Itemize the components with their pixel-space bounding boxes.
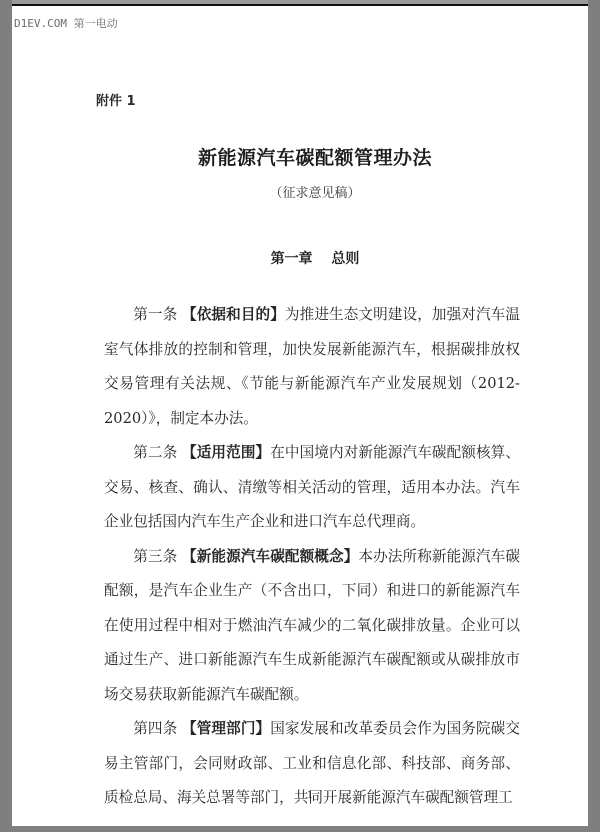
article-tag: 【新能源汽车碳配额概念】	[182, 548, 358, 565]
document-body: 第一条 【依据和目的】为推进生态文明建设，加强对汽车温室气体排放的控制和管理，加…	[104, 298, 520, 816]
page-number: 1	[12, 790, 588, 801]
article-number: 第三条	[133, 548, 177, 565]
article-tag: 【依据和目的】	[182, 306, 285, 323]
site-watermark: D1EV.COM 第一电动	[14, 15, 118, 31]
article-tag: 【适用范围】	[182, 444, 270, 461]
article-1: 第一条 【依据和目的】为推进生态文明建设，加强对汽车温室气体排放的控制和管理，加…	[104, 298, 520, 436]
document-page: D1EV.COM 第一电动 附件 1 新能源汽车碳配额管理办法 （征求意见稿） …	[12, 4, 588, 826]
chapter-heading: 第一章 总则	[12, 248, 588, 268]
article-text: 为推进生态文明建设，加强对汽车温室气体排放的控制和管理，加快发展新能源汽车，根据…	[104, 306, 520, 427]
article-text: 本办法所称新能源汽车碳配额，是汽车企业生产（不含出口，下同）和进口的新能源汽车在…	[104, 548, 520, 703]
article-2: 第二条 【适用范围】在中国境内对新能源汽车碳配额核算、交易、核查、确认、清缴等相…	[104, 436, 520, 540]
article-number: 第四条	[133, 720, 177, 737]
article-tag: 【管理部门】	[182, 720, 270, 737]
article-number: 第二条	[133, 444, 177, 461]
document-subtitle: （征求意见稿）	[12, 182, 588, 201]
article-3: 第三条 【新能源汽车碳配额概念】本办法所称新能源汽车碳配额，是汽车企业生产（不含…	[104, 540, 520, 713]
article-number: 第一条	[133, 306, 177, 323]
attachment-label: 附件 1	[96, 90, 136, 109]
document-title: 新能源汽车碳配额管理办法	[12, 143, 588, 170]
